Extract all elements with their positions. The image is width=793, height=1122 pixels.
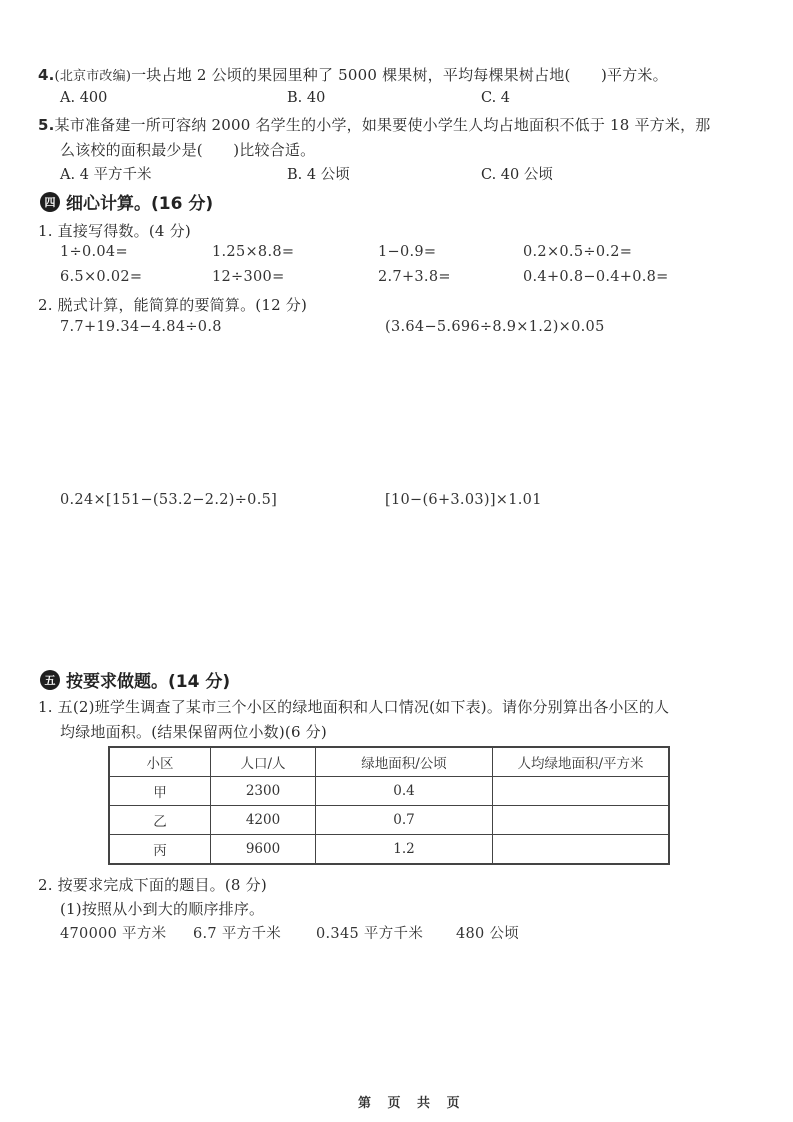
section-number-badge: 五 — [40, 670, 60, 690]
table-answer-cell[interactable] — [493, 777, 670, 806]
table-header: 人均绿地面积/平方米 — [493, 747, 670, 777]
sort-item-4: 480 公顷 — [456, 922, 519, 943]
question-5: 5.某市准备建一所可容纳 2000 名学生的小学，如果要使小学生人均占地面积不低… — [38, 114, 710, 135]
green-area-table: 小区 人口/人 绿地面积/公顷 人均绿地面积/平方米 甲 2300 0.4 乙 … — [108, 746, 670, 865]
oral-calc-7: 2.7+3.8= — [378, 269, 451, 285]
table-header: 绿地面积/公顷 — [316, 747, 493, 777]
stepwise-calc-1: 7.7+19.34−4.84÷0.8 — [60, 319, 222, 335]
table-row: 丙 9600 1.2 — [109, 835, 669, 865]
section-4-part2-title: 2. 脱式计算，能简算的要简算。(12 分) — [38, 294, 307, 315]
section-4-heading: 四 细心计算。(16 分) — [40, 189, 213, 214]
q4-option-b: B. 40 — [287, 90, 325, 106]
question-4: 4.(北京市改编)一块占地 2 公顷的果园里种了 5000 棵果树，平均每棵果树… — [38, 64, 668, 85]
table-cell: 0.4 — [316, 777, 493, 806]
section-title: 细心计算。(16 分) — [66, 189, 213, 214]
table-header: 小区 — [109, 747, 211, 777]
table-cell: 甲 — [109, 777, 211, 806]
question-text-line1: 某市准备建一所可容纳 2000 名学生的小学，如果要使小学生人均占地面积不低于 … — [55, 116, 711, 134]
q5-option-b: B. 4 公顷 — [287, 163, 350, 184]
section-title: 按要求做题。(14 分) — [66, 667, 230, 692]
question-source: (北京市改编) — [55, 69, 132, 84]
table-answer-cell[interactable] — [493, 806, 670, 835]
stepwise-calc-4: [10−(6+3.03)]×1.01 — [385, 492, 542, 508]
sort-item-3: 0.345 平方千米 — [316, 922, 423, 943]
question-number: 4. — [38, 66, 55, 84]
section-5-q1-line2: 均绿地面积。(结果保留两位小数)(6 分) — [60, 721, 327, 742]
table-header: 人口/人 — [211, 747, 316, 777]
sort-item-1: 470000 平方米 — [60, 922, 166, 943]
oral-calc-2: 1.25×8.8= — [212, 244, 294, 260]
table-row: 甲 2300 0.4 — [109, 777, 669, 806]
table-cell: 丙 — [109, 835, 211, 865]
section-5-q2-sub1: (1)按照从小到大的顺序排序。 — [60, 898, 264, 919]
oral-calc-6: 12÷300= — [212, 269, 285, 285]
stepwise-calc-3: 0.24×[151−(53.2−2.2)÷0.5] — [60, 492, 277, 508]
question-5-line2: 么该校的面积最少是( )比较合适。 — [60, 139, 315, 160]
oral-calc-1: 1÷0.04= — [60, 244, 128, 260]
table-row: 乙 4200 0.7 — [109, 806, 669, 835]
table-cell: 0.7 — [316, 806, 493, 835]
oral-calc-8: 0.4+0.8−0.4+0.8= — [523, 269, 669, 285]
q5-option-c: C. 40 公顷 — [481, 163, 553, 184]
q4-option-c: C. 4 — [481, 90, 510, 106]
table-cell: 2300 — [211, 777, 316, 806]
table-answer-cell[interactable] — [493, 835, 670, 865]
table-cell: 9600 — [211, 835, 316, 865]
stepwise-calc-2: (3.64−5.696÷8.9×1.2)×0.05 — [385, 319, 605, 335]
oral-calc-3: 1−0.9= — [378, 244, 436, 260]
sort-item-2: 6.7 平方千米 — [193, 922, 281, 943]
question-text: 一块占地 2 公顷的果园里种了 5000 棵果树，平均每棵果树占地( )平方米。 — [131, 66, 668, 84]
section-number-badge: 四 — [40, 192, 60, 212]
table-cell: 4200 — [211, 806, 316, 835]
table-header-row: 小区 人口/人 绿地面积/公顷 人均绿地面积/平方米 — [109, 747, 669, 777]
table-cell: 1.2 — [316, 835, 493, 865]
q4-option-a: A. 400 — [60, 90, 107, 106]
page-footer: 第 页 共 页 — [358, 1092, 466, 1111]
oral-calc-5: 6.5×0.02= — [60, 269, 142, 285]
section-5-q2-title: 2. 按要求完成下面的题目。(8 分) — [38, 874, 267, 895]
oral-calc-4: 0.2×0.5÷0.2= — [523, 244, 632, 260]
section-5-heading: 五 按要求做题。(14 分) — [40, 667, 230, 692]
table-cell: 乙 — [109, 806, 211, 835]
section-4-part1-title: 1. 直接写得数。(4 分) — [38, 220, 191, 241]
section-5-q1-line1: 1. 五(2)班学生调查了某市三个小区的绿地面积和人口情况(如下表)。请你分别算… — [38, 696, 669, 717]
q5-option-a: A. 4 平方千米 — [60, 163, 152, 184]
question-number: 5. — [38, 116, 55, 134]
